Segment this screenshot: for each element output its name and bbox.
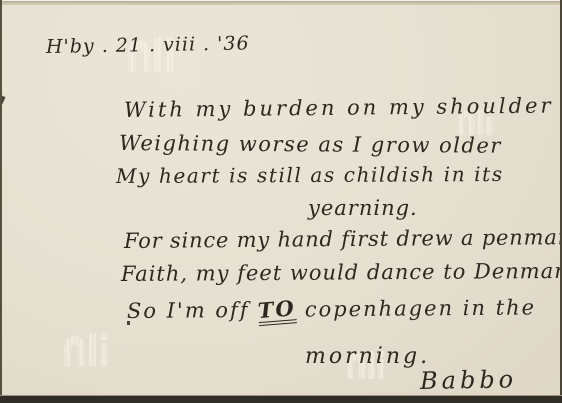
poem-line-3: My heart is still as childish in its [116,164,504,186]
poem-line-7-suffix: copenhagen in the [296,295,536,321]
poem-line-7-prefix: So I'm off [127,298,258,323]
poem-line-2: Weighing worse as I grow older [119,133,502,157]
poem-line-8: morning. [305,346,430,368]
scan-edge-left [0,0,2,403]
poem-line-4: yearning. [308,198,418,219]
poem-line-7: So I'm off TO copenhagen in the [127,296,536,326]
poem-line-5: For since my hand first drew a penmark [124,227,562,252]
postcard-scan: H'by . 21 . viii . '36 With my burden on… [0,0,562,403]
scan-edge-bottom [0,395,562,403]
poem-line-6: Faith, my feet would dance to Denmark [121,261,562,285]
poem-line-1: With my burden on my shoulder [124,96,554,121]
date-line: H'by . 21 . viii . '36 [46,34,250,57]
scan-edge-top [0,0,562,5]
poem-line-7-underlined-word: TO [257,297,297,326]
signature: Babbo [420,367,518,393]
nli-watermark-glyph [62,332,112,368]
nli-watermark-icon [62,332,112,368]
